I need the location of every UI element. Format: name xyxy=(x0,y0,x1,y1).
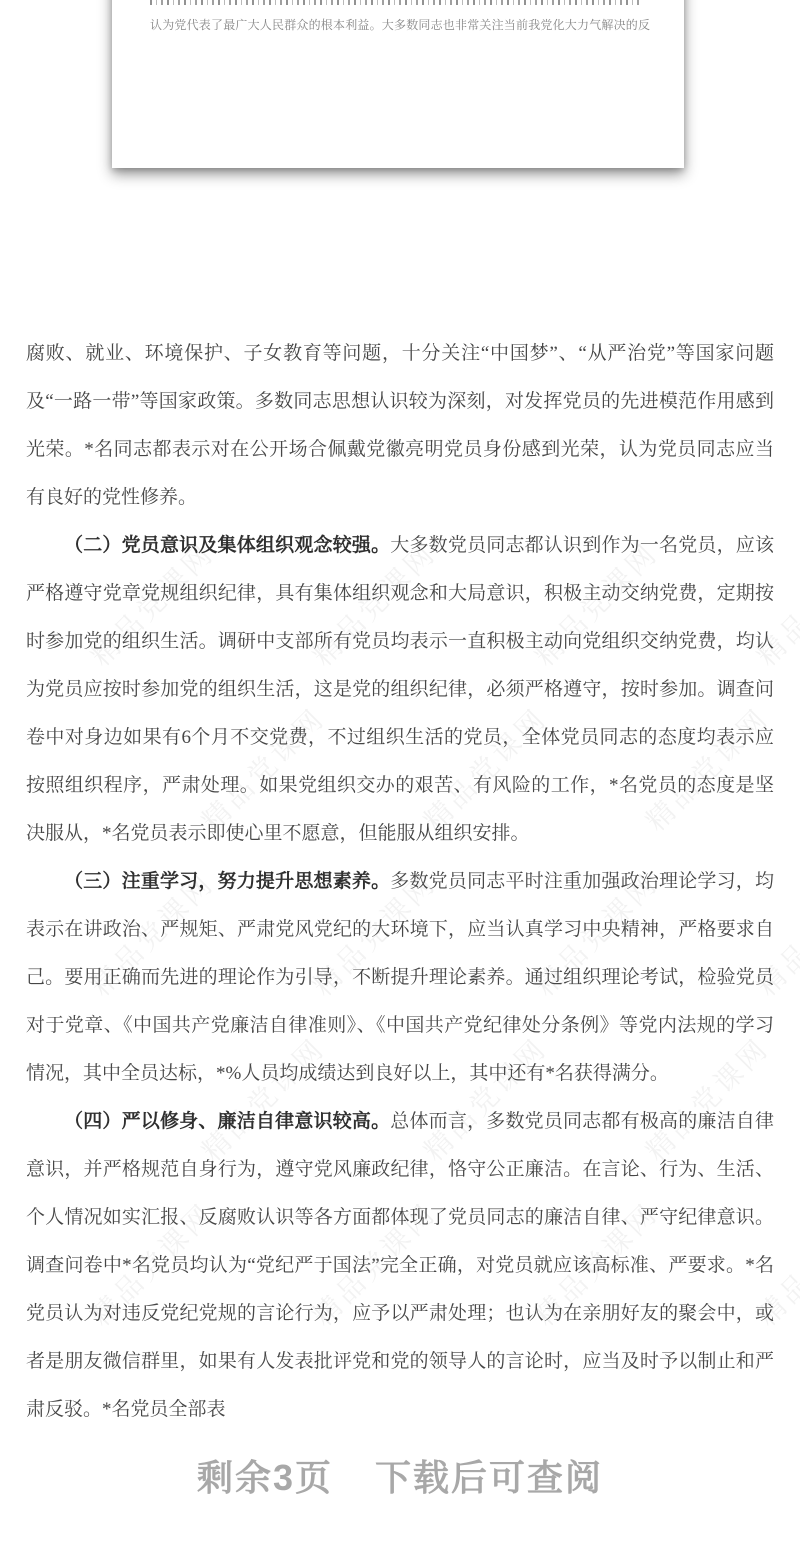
paragraph: 腐败、就业、环境保护、子女教育等问题，十分关注“中国梦”、“从严治党”等国家问题… xyxy=(26,330,774,522)
document-body: 腐败、就业、环境保护、子女教育等问题，十分关注“中国梦”、“从严治党”等国家问题… xyxy=(26,330,774,1434)
download-hint-label: 下载后可查阅 xyxy=(375,1457,603,1498)
footer-note: 剩余3页下载后可查阅 xyxy=(0,1450,800,1501)
page-fragment-text: 认为党代表了最广大人民群众的根本利益。大多数同志也非常关注当前我党化大力气解决的… xyxy=(150,16,655,33)
paragraph: （二）党员意识及集体组织观念较强。大多数党员同志都认识到作为一名党员，应该严格遵… xyxy=(26,522,774,858)
paragraph-text: 腐败、就业、环境保护、子女教育等问题，十分关注“中国梦”、“从严治党”等国家问题… xyxy=(26,343,774,508)
paragraph-lead: （二）党员意识及集体组织观念较强。 xyxy=(64,535,390,556)
paragraph: （三）注重学习，努力提升思想素养。多数党员同志平时注重加强政治理论学习，均表示在… xyxy=(26,858,774,1098)
paragraph-text: 多数党员同志平时注重加强政治理论学习，均表示在讲政治、严规矩、严肃党风党纪的大环… xyxy=(26,871,774,1084)
paragraph: （四）严以修身、廉洁自律意识较高。总体而言，多数党员同志都有极高的廉洁自律意识，… xyxy=(26,1098,774,1434)
paragraph-text: 总体而言，多数党员同志都有极高的廉洁自律意识，并严格规范自身行为，遵守党风廉政纪… xyxy=(26,1111,774,1420)
paragraph-lead: （三）注重学习，努力提升思想素养。 xyxy=(64,871,390,892)
clipped-text-line xyxy=(150,0,642,5)
paragraph-text: 大多数党员同志都认识到作为一名党员，应该严格遵守党章党规组织纪律，具有集体组织观… xyxy=(26,535,774,844)
previous-page-sheet: 认为党代表了最广大人民群众的根本利益。大多数同志也非常关注当前我党化大力气解决的… xyxy=(112,0,684,168)
remaining-pages-label: 剩余3页 xyxy=(197,1457,333,1498)
paragraph-lead: （四）严以修身、廉洁自律意识较高。 xyxy=(64,1111,390,1132)
